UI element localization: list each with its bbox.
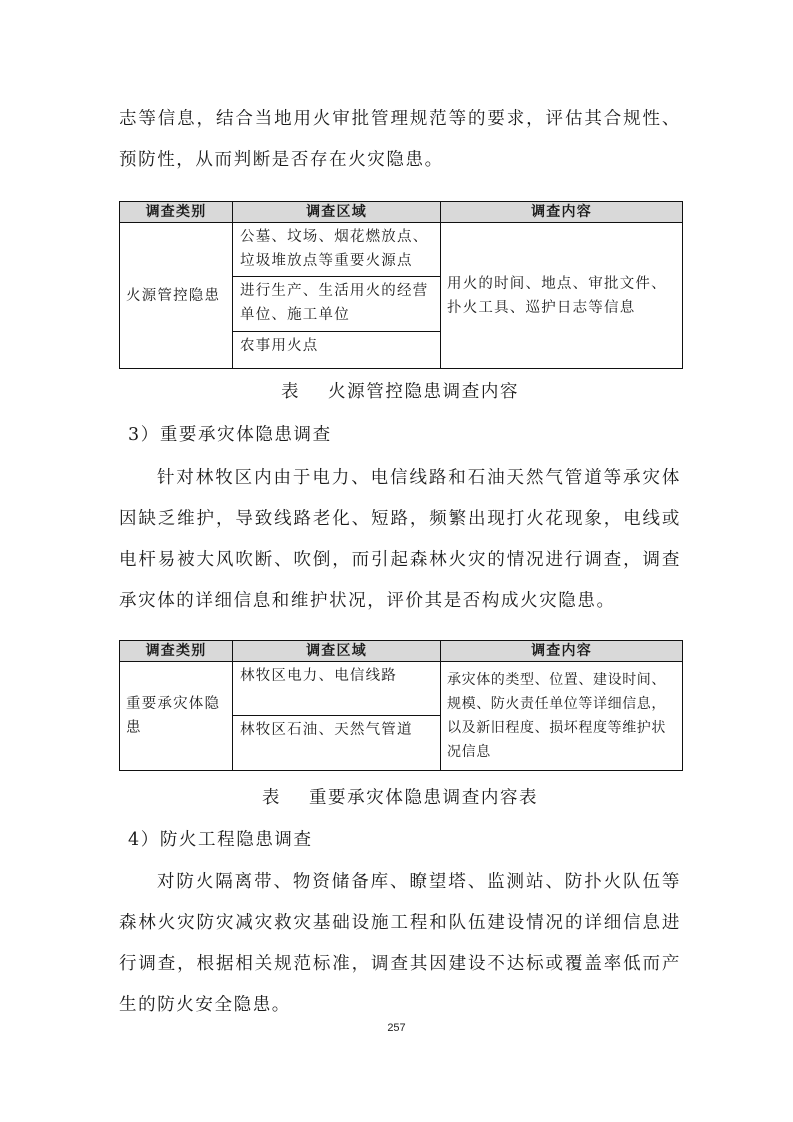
area-cell: 公墓、坟场、烟花燃放点、垃圾堆放点等重要火源点 [233,223,441,277]
document-page: 志等信息，结合当地用火审批管理规范等的要求，评估其合规性、预防性，从而判断是否存… [0,0,793,1122]
hazard-body-table: 调查类别 调查区域 调查内容 重要承灾体隐患 林牧区电力、电信线路 承灾体的类型… [119,640,683,771]
section4-paragraph: 对防火隔离带、物资储备库、瞭望塔、监测站、防扑火队伍等森林火灾防灾减灾救灾基础设… [119,862,681,1026]
caption-title: 火源管控隐患调查内容 [328,382,519,402]
header-category: 调查类别 [120,202,233,223]
area-cell: 林牧区石油、天然气管道 [233,716,441,771]
content-cell: 承灾体的类型、位置、建设时间、规模、防火责任单位等详细信息，以及新旧程度、损坏程… [441,662,683,771]
page-number: 257 [0,1022,793,1034]
table-row: 火源管控隐患 公墓、坟场、烟花燃放点、垃圾堆放点等重要火源点 用火的时间、地点、… [120,223,683,277]
area-cell: 林牧区电力、电信线路 [233,662,441,716]
header-content: 调查内容 [441,202,683,223]
area-cell: 进行生产、生活用火的经营单位、施工单位 [233,277,441,332]
content-cell: 用火的时间、地点、审批文件、扑火工具、巡护日志等信息 [441,223,683,369]
table1-caption: 表火源管控隐患调查内容 [119,380,681,404]
intro-paragraph: 志等信息，结合当地用火审批管理规范等的要求，评估其合规性、预防性，从而判断是否存… [119,99,681,181]
category-cell: 重要承灾体隐患 [120,662,233,771]
header-area: 调查区域 [233,202,441,223]
header-area: 调查区域 [233,641,441,662]
table-header-row: 调查类别 调查区域 调查内容 [120,202,683,223]
header-category: 调查类别 [120,641,233,662]
section4-heading: 4）防火工程隐患调查 [128,828,313,852]
area-cell: 农事用火点 [233,332,441,369]
caption-prefix: 表 [262,788,281,808]
table2-caption: 表重要承灾体隐患调查内容表 [119,786,681,810]
table-row: 重要承灾体隐患 林牧区电力、电信线路 承灾体的类型、位置、建设时间、规模、防火责… [120,662,683,716]
table-header-row: 调查类别 调查区域 调查内容 [120,641,683,662]
section3-heading: 3）重要承灾体隐患调查 [128,423,332,447]
header-content: 调查内容 [441,641,683,662]
category-cell: 火源管控隐患 [120,223,233,369]
caption-title: 重要承灾体隐患调查内容表 [309,788,538,808]
fire-source-table: 调查类别 调查区域 调查内容 火源管控隐患 公墓、坟场、烟花燃放点、垃圾堆放点等… [119,201,683,369]
caption-prefix: 表 [281,382,300,402]
section3-paragraph: 针对林牧区内由于电力、电信线路和石油天然气管道等承灾体因缺乏维护，导致线路老化、… [119,458,681,622]
